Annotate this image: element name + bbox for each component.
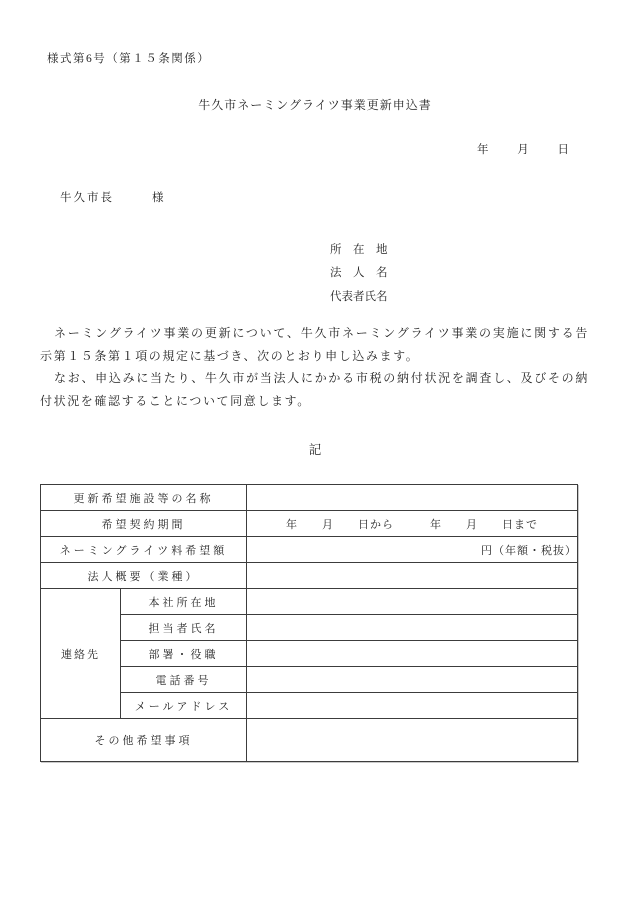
contact-label-cell: 連絡先	[41, 589, 121, 719]
month-label: 月	[517, 141, 529, 157]
corporate-overview-value-cell	[247, 563, 578, 589]
corporate-overview-row: 法人概要（業種）	[41, 563, 578, 589]
email-address-row: メールアドレス	[41, 693, 578, 719]
document-page: 様式第6号（第１５条関係） 牛久市ネーミングライツ事業更新申込書 年 月 日 牛…	[0, 0, 630, 903]
body-paragraph-1: ネーミングライツ事業の更新について、牛久市ネーミングライツ事業の実施に関する告示…	[40, 322, 589, 367]
day-label: 日	[558, 141, 570, 157]
facility-name-row: 更新希望施設等の名称	[41, 485, 578, 511]
head-office-value-cell	[247, 589, 578, 615]
document-title: 牛久市ネーミングライツ事業更新申込書	[0, 96, 630, 113]
signer-block: 所 在 地 法 人 名 代表者氏名	[330, 237, 396, 308]
naming-rights-fee-label-cell: ネーミングライツ料希望額	[41, 537, 247, 563]
facility-name-value-cell	[247, 485, 578, 511]
contract-period-value-cell: 年 月 日から 年 月 日まで	[247, 511, 578, 537]
body-paragraph-2: なお、申込みに当たり、牛久市が当法人にかかる市税の納付状況を調査し、及びその納付…	[40, 367, 589, 412]
body-text: ネーミングライツ事業の更新について、牛久市ネーミングライツ事業の実施に関する告示…	[40, 322, 589, 412]
department-position-row: 部署・役職	[41, 641, 578, 667]
record-mark: 記	[0, 440, 630, 458]
contract-period-label-cell: 希望契約期間	[41, 511, 247, 537]
year-label: 年	[477, 141, 489, 157]
phone-number-row: 電話番号	[41, 667, 578, 693]
department-position-value-cell	[247, 641, 578, 667]
department-position-label-cell: 部署・役職	[121, 641, 247, 667]
honorific-label: 様	[152, 192, 166, 204]
addressee-line: 牛久市長様	[60, 189, 166, 205]
email-address-value-cell	[247, 693, 578, 719]
contact-person-row: 担当者氏名	[41, 615, 578, 641]
other-requests-label-cell: その他希望事項	[41, 719, 247, 762]
mayor-label: 牛久市長	[60, 192, 114, 204]
facility-name-label-cell: 更新希望施設等の名称	[41, 485, 247, 511]
head-office-label-cell: 本社所在地	[121, 589, 247, 615]
corporate-overview-label-cell: 法人概要（業種）	[41, 563, 247, 589]
contact-person-value-cell	[247, 615, 578, 641]
phone-number-label-cell: 電話番号	[121, 667, 247, 693]
corporation-label: 法 人 名	[330, 261, 396, 285]
naming-rights-fee-row: ネーミングライツ料希望額 円（年額・税抜）	[41, 537, 578, 563]
location-label: 所 在 地	[330, 237, 396, 261]
phone-number-value-cell	[247, 667, 578, 693]
date-line: 年 月 日	[477, 141, 569, 157]
representative-label: 代表者氏名	[330, 284, 396, 308]
contact-head-office-row: 連絡先 本社所在地	[41, 589, 578, 615]
email-address-label-cell: メールアドレス	[121, 693, 247, 719]
other-requests-row: その他希望事項	[41, 719, 578, 762]
contact-person-label-cell: 担当者氏名	[121, 615, 247, 641]
naming-rights-fee-value-cell: 円（年額・税抜）	[247, 537, 578, 563]
form-number: 様式第6号（第１５条関係）	[47, 50, 210, 66]
application-table: 更新希望施設等の名称 希望契約期間 年 月 日から 年 月 日まで ネーミングラ…	[40, 484, 578, 762]
contract-period-row: 希望契約期間 年 月 日から 年 月 日まで	[41, 511, 578, 537]
other-requests-value-cell	[247, 719, 578, 762]
